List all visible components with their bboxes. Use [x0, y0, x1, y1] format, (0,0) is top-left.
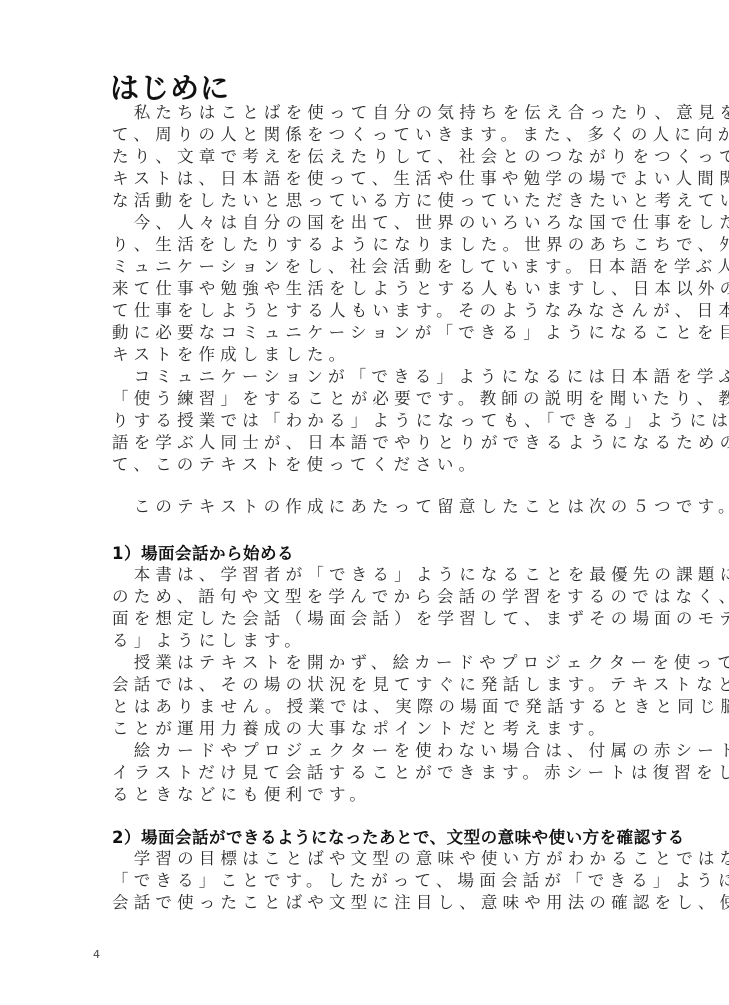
intro-paragraph-1: 私たちはことばを使って自分の気持ちを伝え合ったり、意見を述べ合ったりし て、周り…: [112, 102, 622, 212]
text-line: たり、文章で考えを伝えたりして、社会とのつながりをつくっていきます。このテ: [112, 146, 622, 168]
section-2-paragraph-1: 学習の目標はことばや文型の意味や使い方がわかることではなく、場面の会話が 「でき…: [112, 848, 622, 914]
text-line: 私たちはことばを使って自分の気持ちを伝え合ったり、意見を述べ合ったりし: [112, 102, 622, 124]
section-1-paragraph-3: 絵カードやプロジェクターを使わない場合は、付属の赤シートで文字をかくすと イラス…: [112, 740, 622, 806]
intro-paragraph-3: コミュニケーションが「できる」ようになるには日本語を学ぶ人自身が日本語を 「使う…: [112, 366, 622, 476]
text-line: て、周りの人と関係をつくっていきます。また、多くの人に向かってスピーチをし: [112, 124, 622, 146]
section-heading-1: 1）場面会話から始める: [112, 540, 294, 564]
intro-paragraph-2: 今、人々は自分の国を出て、世界のいろいろな国で仕事をしたり、勉強をした り、生活…: [112, 212, 622, 366]
text-line: 「使う練習」をすることが必要です。教師の説明を聞いたり、教師の質問に答えた: [112, 388, 622, 410]
text-line: ミュニケーションをし、社会活動をしています。日本語を学ぶ人の中にも、日本に: [112, 256, 622, 278]
text-line: て仕事をしようとする人もいます。そのようなみなさんが、日本語を使って社会活: [112, 300, 622, 322]
text-line: 動に必要なコミュニケーションが「できる」ようになることを目標として、このテ: [112, 322, 622, 344]
section-heading-2: 2）場面会話ができるようになったあとで、文型の意味や使い方を確認する: [112, 824, 685, 848]
section-1-paragraph-1: 本書は、学習者が「できる」ようになることを最優先の課題にしています。そ のため、…: [112, 564, 622, 652]
text-line: とはありません。授業では、実際の場面で発話するときと同じ脳の動きで練習する: [112, 696, 622, 718]
text-line: て、このテキストを使ってください。: [112, 454, 622, 476]
text-line: り、生活をしたりするようになりました。世界のあちこちで、外国語を使ってコ: [112, 234, 622, 256]
text-line: 来て仕事や勉強や生活をしようとする人もいますし、日本以外の国で日本語を使っ: [112, 278, 622, 300]
text-line: るときなどにも便利です。: [112, 784, 622, 806]
text-line: 絵カードやプロジェクターを使わない場合は、付属の赤シートで文字をかくすと: [112, 740, 622, 762]
text-line: 本書は、学習者が「できる」ようになることを最優先の課題にしています。そ: [112, 564, 622, 586]
text-line: 語を学ぶ人同士が、日本語でやりとりができるようになるための練習ツールとし: [112, 432, 622, 454]
text-line: 面を想定した会話（場面会話）を学習して、まずその場面のモデル会話を「でき: [112, 608, 622, 630]
text-line: のため、語句や文型を学んでから会話の学習をするのではなく、はじめに実際の場: [112, 586, 622, 608]
text-line: 学習の目標はことばや文型の意味や使い方がわかることではなく、場面の会話が: [112, 848, 622, 870]
page-title: はじめに: [110, 66, 230, 107]
text-line: 授業はテキストを開かず、絵カードやプロジェクターを使って行います。実際の: [112, 652, 622, 674]
text-line: りする授業では「わかる」ようになっても、「できる」ようにはなりません。日本: [112, 410, 622, 432]
text-line: 今、人々は自分の国を出て、世界のいろいろな国で仕事をしたり、勉強をした: [112, 212, 622, 234]
text-line: キストは、日本語を使って、生活や仕事や勉学の場でよい人間関係を作り、社会的: [112, 168, 622, 190]
text-line: 「できる」ことです。したがって、場面会話が「できる」ようになってから、場面: [112, 870, 622, 892]
text-line: このテキストの作成にあたって留意したことは次の５つです。: [112, 496, 622, 518]
text-line: 会話で使ったことばや文型に注目し、意味や用法の確認をし、使う練習をします。: [112, 892, 622, 914]
text-line: る」ようにします。: [112, 630, 622, 652]
section-1-paragraph-2: 授業はテキストを開かず、絵カードやプロジェクターを使って行います。実際の 会話で…: [112, 652, 622, 740]
text-line: コミュニケーションが「できる」ようになるには日本語を学ぶ人自身が日本語を: [112, 366, 622, 388]
text-line: な活動をしたいと思っている方に使っていただきたいと考えています。: [112, 190, 622, 212]
intro-paragraph-4: このテキストの作成にあたって留意したことは次の５つです。: [112, 496, 622, 518]
text-line: イラストだけ見て会話することができます。赤シートは復習をしたり自習したりす: [112, 762, 622, 784]
page-number: 4: [93, 948, 100, 961]
text-line: 会話では、その場の状況を見てすぐに発話します。テキストなどを見て発話するこ: [112, 674, 622, 696]
text-line: キストを作成しました。: [112, 344, 622, 366]
text-line: ことが運用力養成の大事なポイントだと考えます。: [112, 718, 622, 740]
